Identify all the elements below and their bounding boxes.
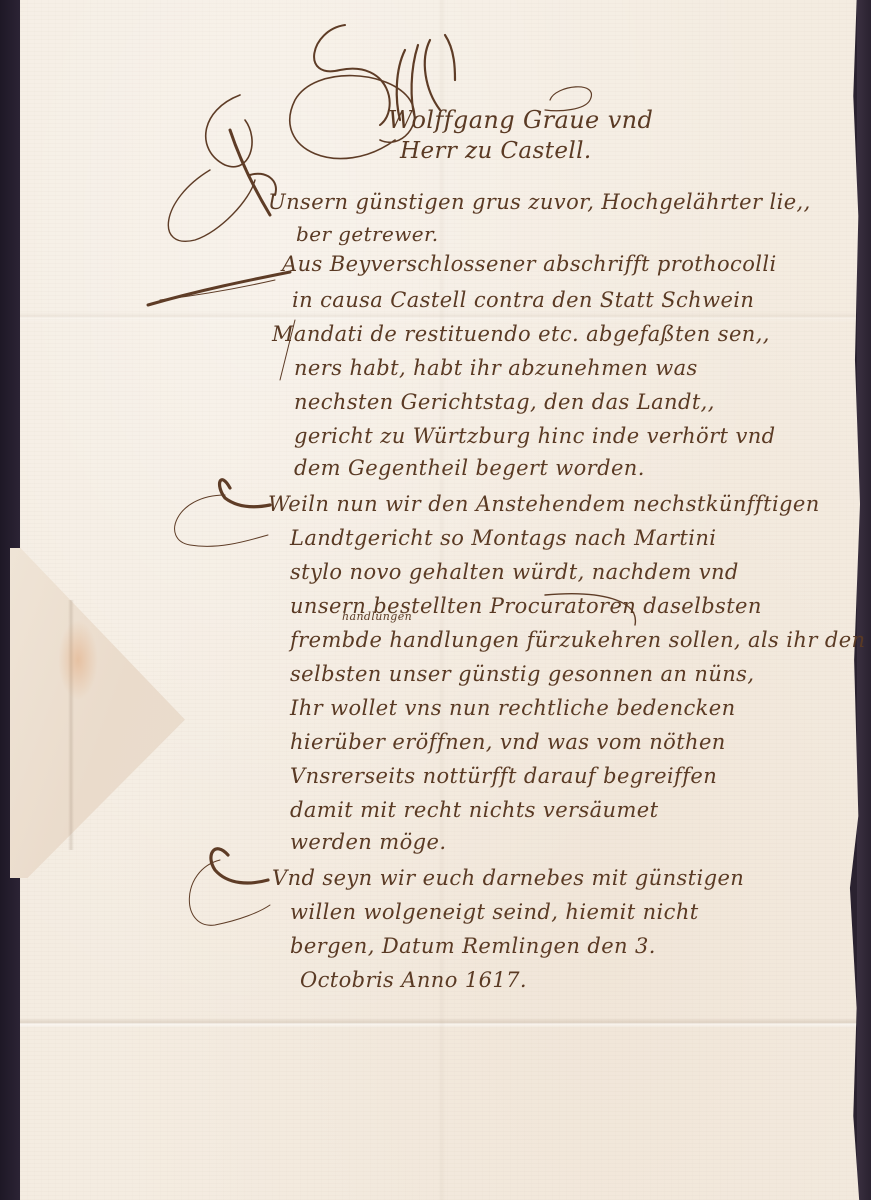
date-line: Octobris Anno 1617. (300, 968, 527, 992)
paragraph-line: stylo novo gehalten würdt, nachdem vnd (290, 560, 739, 584)
salutation-line-1: Unsern günstigen grus zuvor, Hochgelährt… (268, 190, 811, 214)
salutation-line-2: ber getrewer. (296, 222, 439, 246)
paragraph-line: Mandati de restituendo etc. abgefaßten s… (272, 322, 770, 346)
paragraph-line: Vnsrerseits nottürfft darauf begreiffen (290, 764, 717, 788)
paragraph-line: gericht zu Würtzburg hinc inde verhört v… (294, 424, 776, 448)
paragraph-line: selbsten unser günstig gesonnen an nüns, (290, 662, 754, 686)
paragraph-line: Aus Beyverschlossener abschrifft prothoc… (282, 252, 777, 276)
paragraph-line: damit mit recht nichts versäumet (290, 798, 658, 822)
paragraph-line: werden möge. (290, 830, 446, 854)
interlinear-note: handlungen (342, 610, 412, 623)
paragraph-line: Vnd seyn wir euch darnebes mit günstigen (272, 866, 744, 890)
letter-heading-line-1: Wolffgang Graue vnd (388, 106, 653, 134)
paragraph-line: hierüber eröffnen, vnd was vom nöthen (290, 730, 726, 754)
paragraph-line: willen wolgeneigt seind, hiemit nicht (290, 900, 699, 924)
paragraph-line: in causa Castell contra den Statt Schwei… (292, 288, 754, 312)
paragraph-line: bergen, Datum Remlingen den 3. (290, 934, 656, 958)
paragraph-line: Ihr wollet vns nun rechtliche bedencken (290, 696, 736, 720)
paragraph-line: Landtgericht so Montags nach Martini (290, 526, 716, 550)
paragraph-line: frembde handlungen fürzukehren sollen, a… (290, 628, 871, 652)
paragraph-line: ners habt, habt ihr abzunehmen was (294, 356, 698, 380)
letter-heading-line-2: Herr zu Castell. (400, 138, 592, 164)
paragraph-line: dem Gegentheil begert worden. (294, 456, 645, 480)
paragraph-line: Weiln nun wir den Anstehendem nechstkünf… (268, 492, 820, 516)
paragraph-line: nechsten Gerichtstag, den das Landt,, (294, 390, 715, 414)
